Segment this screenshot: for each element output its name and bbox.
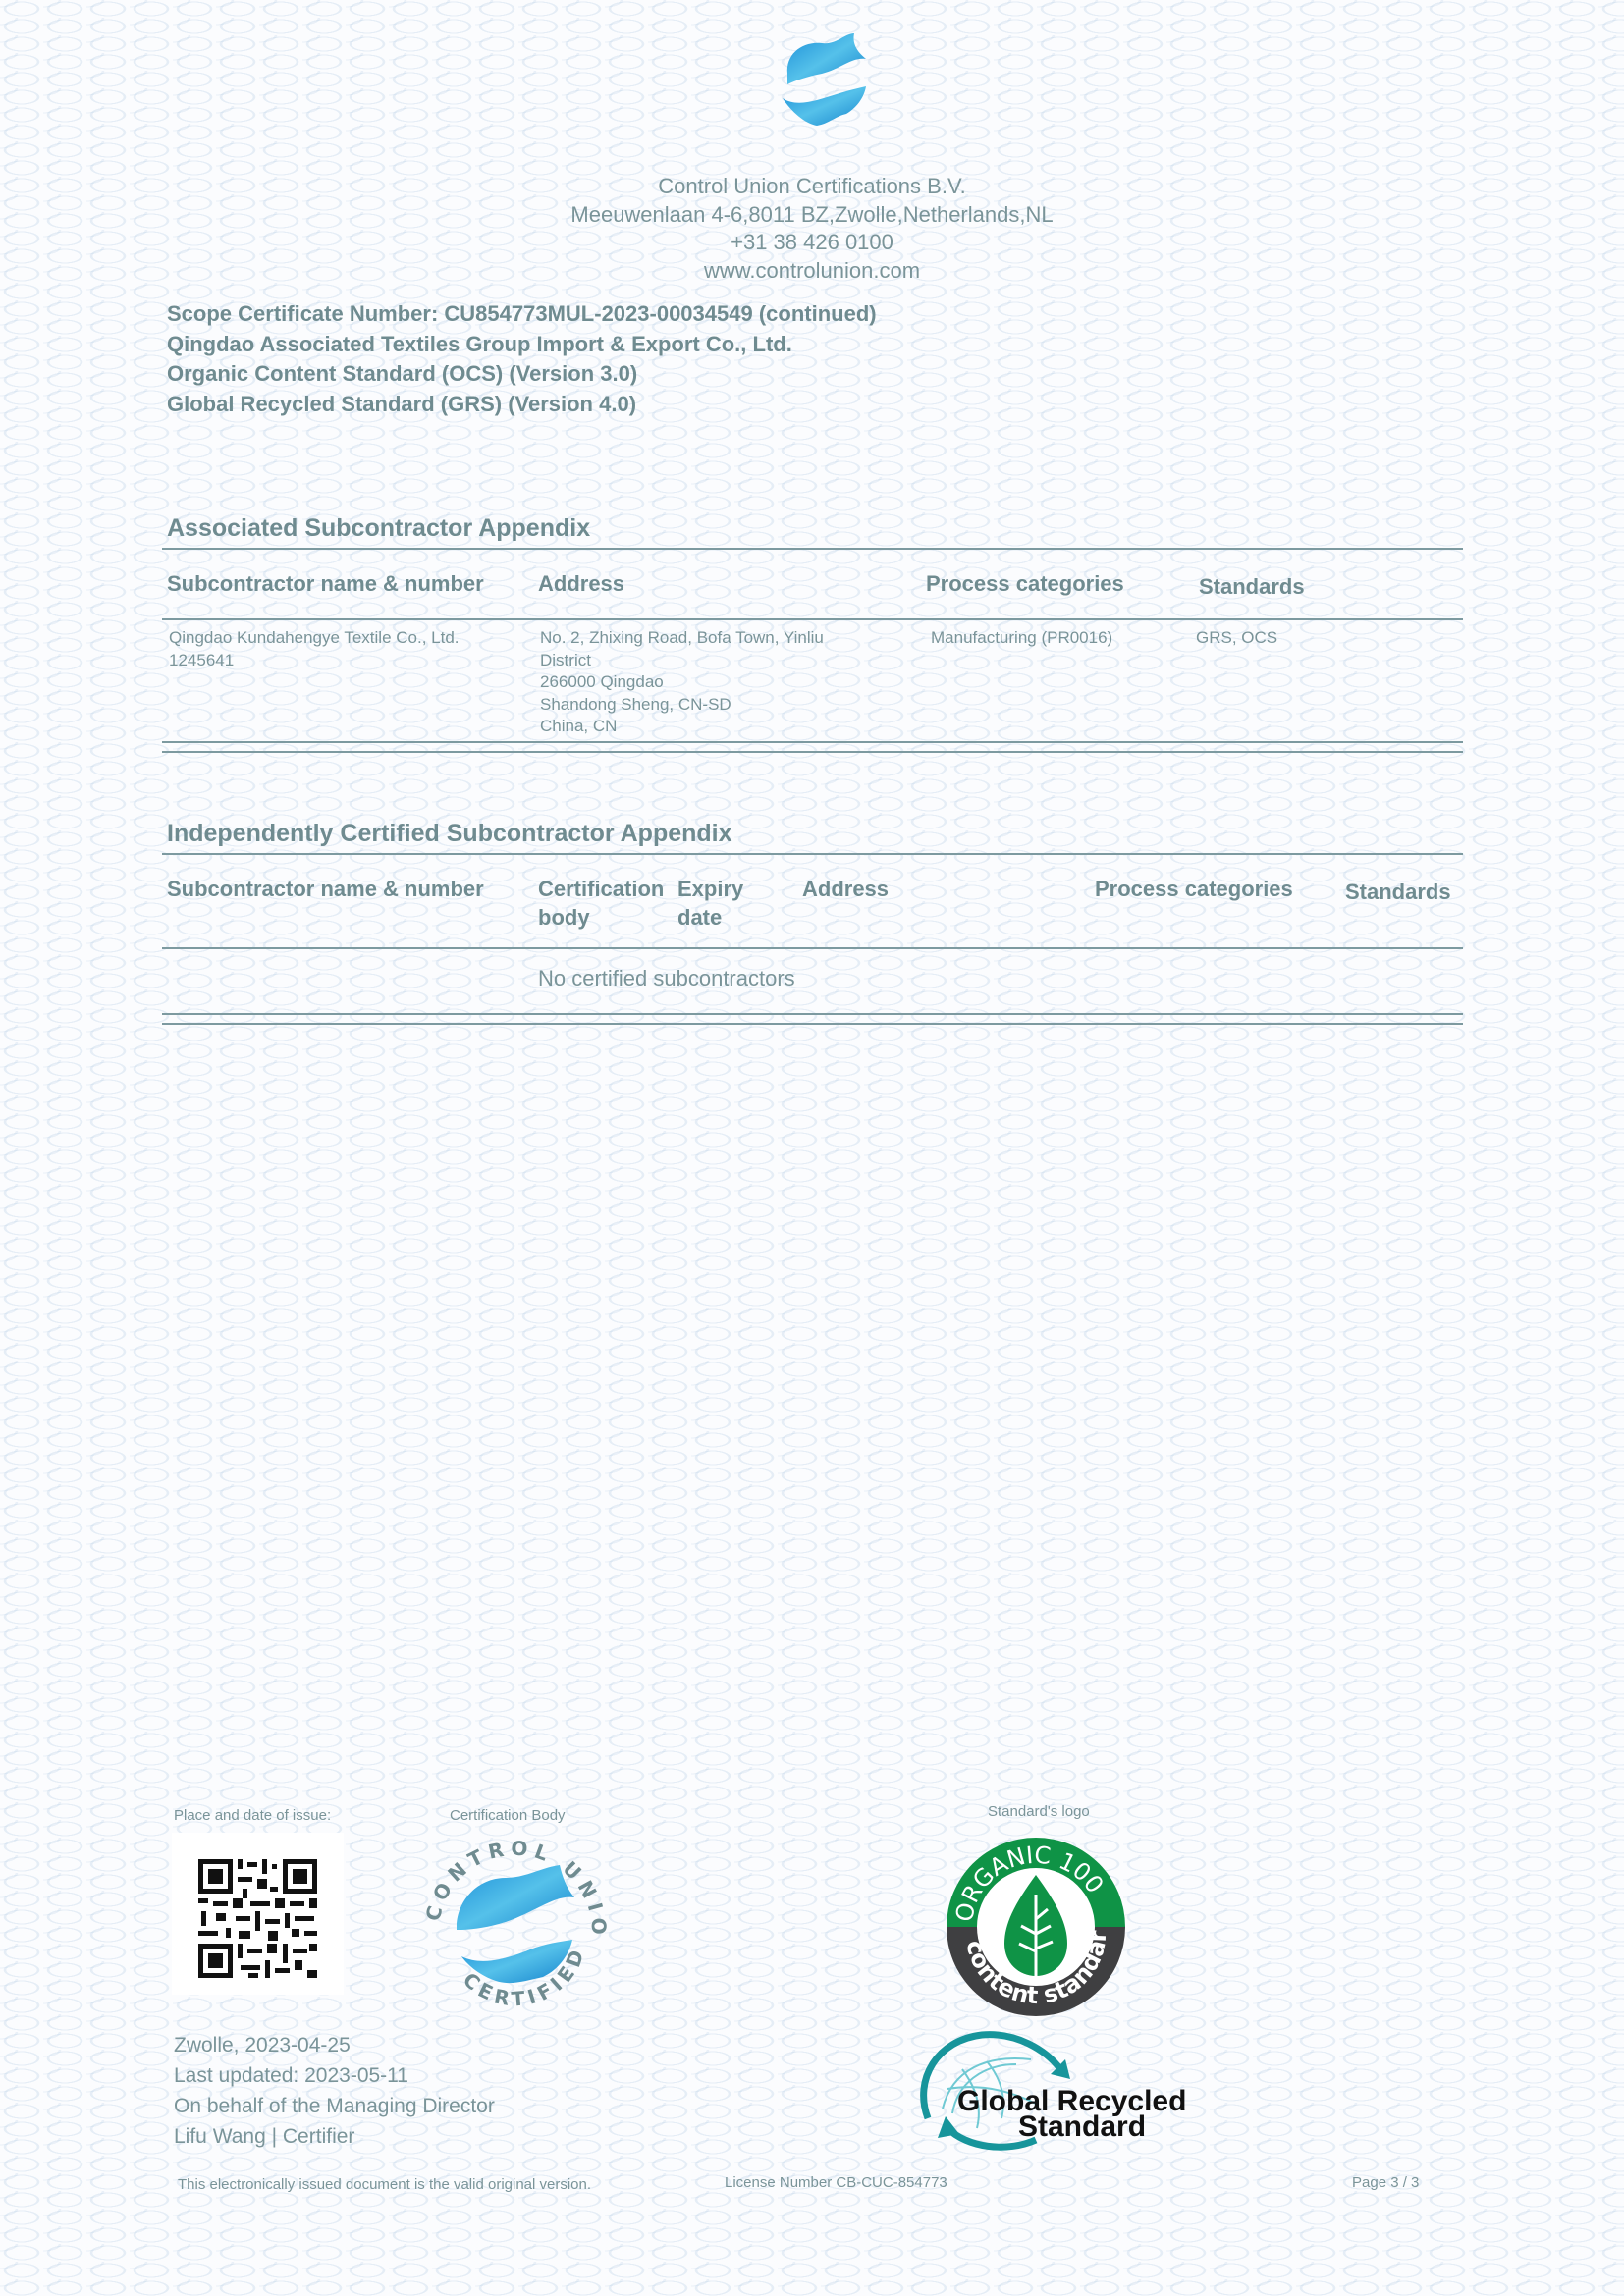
qr-code-icon bbox=[172, 1833, 344, 1995]
place-date-label: Place and date of issue: bbox=[174, 1807, 331, 1824]
col-header-address: Address bbox=[802, 875, 889, 903]
address-line: China, CN bbox=[540, 716, 824, 738]
table-end-rule bbox=[162, 751, 1463, 753]
place-date: Zwolle, 2023-04-25 bbox=[174, 2030, 495, 2060]
address-line: Shandong Sheng, CN-SD bbox=[540, 694, 824, 717]
company-address: Meeuwenlaan 4-6,8011 BZ,Zwolle,Netherlan… bbox=[0, 201, 1624, 230]
standards-cell: GRS, OCS bbox=[1196, 627, 1277, 650]
col-header-expiry: Expiry date bbox=[677, 875, 743, 932]
page-number: Page 3 / 3 bbox=[1352, 2174, 1419, 2191]
col-header-process: Process categories bbox=[926, 569, 1124, 598]
company-name: Control Union Certifications B.V. bbox=[0, 173, 1624, 201]
certified-seal-icon: CONTROL UNION CERTIFIED bbox=[417, 1834, 614, 2025]
subcontractor-name: Qingdao Kundahengye Textile Co., Ltd. bbox=[169, 627, 460, 650]
associated-appendix-title: Associated Subcontractor Appendix bbox=[167, 514, 590, 543]
col-header-line: body bbox=[538, 903, 664, 932]
col-header-standards: Standards bbox=[1345, 878, 1451, 906]
col-header-process: Process categories bbox=[1095, 875, 1293, 903]
control-union-logo bbox=[768, 29, 870, 128]
col-header-name: Subcontractor name & number bbox=[167, 569, 484, 598]
col-header-line: Expiry bbox=[677, 875, 743, 903]
col-header-line: date bbox=[677, 903, 743, 932]
scope-info: Scope Certificate Number: CU854773MUL-20… bbox=[167, 299, 877, 419]
standards-logo-label: Standard's logo bbox=[988, 1803, 1090, 1820]
subcontractor-number: 1245641 bbox=[169, 650, 460, 672]
standard-grs: Global Recycled Standard (GRS) (Version … bbox=[167, 390, 877, 420]
empty-table-message: No certified subcontractors bbox=[538, 968, 795, 990]
table-end-rule bbox=[162, 1023, 1463, 1025]
license-number: License Number CB-CUC-854773 bbox=[725, 2174, 947, 2191]
scope-certificate-number: Scope Certificate Number: CU854773MUL-20… bbox=[167, 299, 877, 330]
col-header-name: Subcontractor name & number bbox=[167, 875, 484, 903]
cert-body-label: Certification Body bbox=[450, 1807, 566, 1824]
on-behalf: On behalf of the Managing Director bbox=[174, 2091, 495, 2121]
address-line: District bbox=[540, 650, 824, 672]
wave-logo-icon bbox=[768, 29, 870, 128]
control-union-certified-seal: CONTROL UNION CERTIFIED bbox=[417, 1834, 614, 2025]
subcontractor-name-cell: Qingdao Kundahengye Textile Co., Ltd. 12… bbox=[169, 627, 460, 671]
section-rule bbox=[162, 548, 1463, 550]
ocs-100-logo: ORGANIC 100 content standard bbox=[945, 1836, 1127, 2018]
validity-note: This electronically issued document is t… bbox=[178, 2176, 591, 2193]
independent-appendix-title: Independently Certified Subcontractor Ap… bbox=[167, 820, 732, 848]
address-cell: No. 2, Zhixing Road, Bofa Town, Yinliu D… bbox=[540, 627, 824, 738]
grs-logo: Global Recycled Standard bbox=[908, 2030, 1203, 2158]
address-line: No. 2, Zhixing Road, Bofa Town, Yinliu bbox=[540, 627, 824, 650]
header-rule bbox=[162, 947, 1463, 949]
col-header-standards: Standards bbox=[1199, 572, 1305, 601]
svg-text:Standard: Standard bbox=[1018, 2110, 1146, 2143]
last-updated: Last updated: 2023-05-11 bbox=[174, 2060, 495, 2091]
col-header-line: Certification bbox=[538, 875, 664, 903]
section-rule bbox=[162, 853, 1463, 855]
company-website: www.controlunion.com bbox=[0, 257, 1624, 286]
qr-code[interactable] bbox=[172, 1833, 344, 1995]
ocs-logo-icon: ORGANIC 100 content standard bbox=[945, 1836, 1127, 2018]
grs-logo-icon: Global Recycled Standard bbox=[908, 2030, 1203, 2158]
signature-block: Zwolle, 2023-04-25 Last updated: 2023-05… bbox=[174, 2030, 495, 2152]
company-info: Control Union Certifications B.V. Meeuwe… bbox=[0, 173, 1624, 285]
certified-company: Qingdao Associated Textiles Group Import… bbox=[167, 330, 877, 360]
table-end-rule bbox=[162, 1013, 1463, 1015]
header-rule bbox=[162, 618, 1463, 620]
table-end-rule bbox=[162, 741, 1463, 743]
address-line: 266000 Qingdao bbox=[540, 671, 824, 694]
company-phone: +31 38 426 0100 bbox=[0, 229, 1624, 257]
standard-ocs: Organic Content Standard (OCS) (Version … bbox=[167, 359, 877, 390]
process-cell: Manufacturing (PR0016) bbox=[931, 627, 1112, 650]
signer: Lifu Wang | Certifier bbox=[174, 2121, 495, 2152]
col-header-address: Address bbox=[538, 569, 624, 598]
col-header-cert-body: Certification body bbox=[538, 875, 664, 932]
